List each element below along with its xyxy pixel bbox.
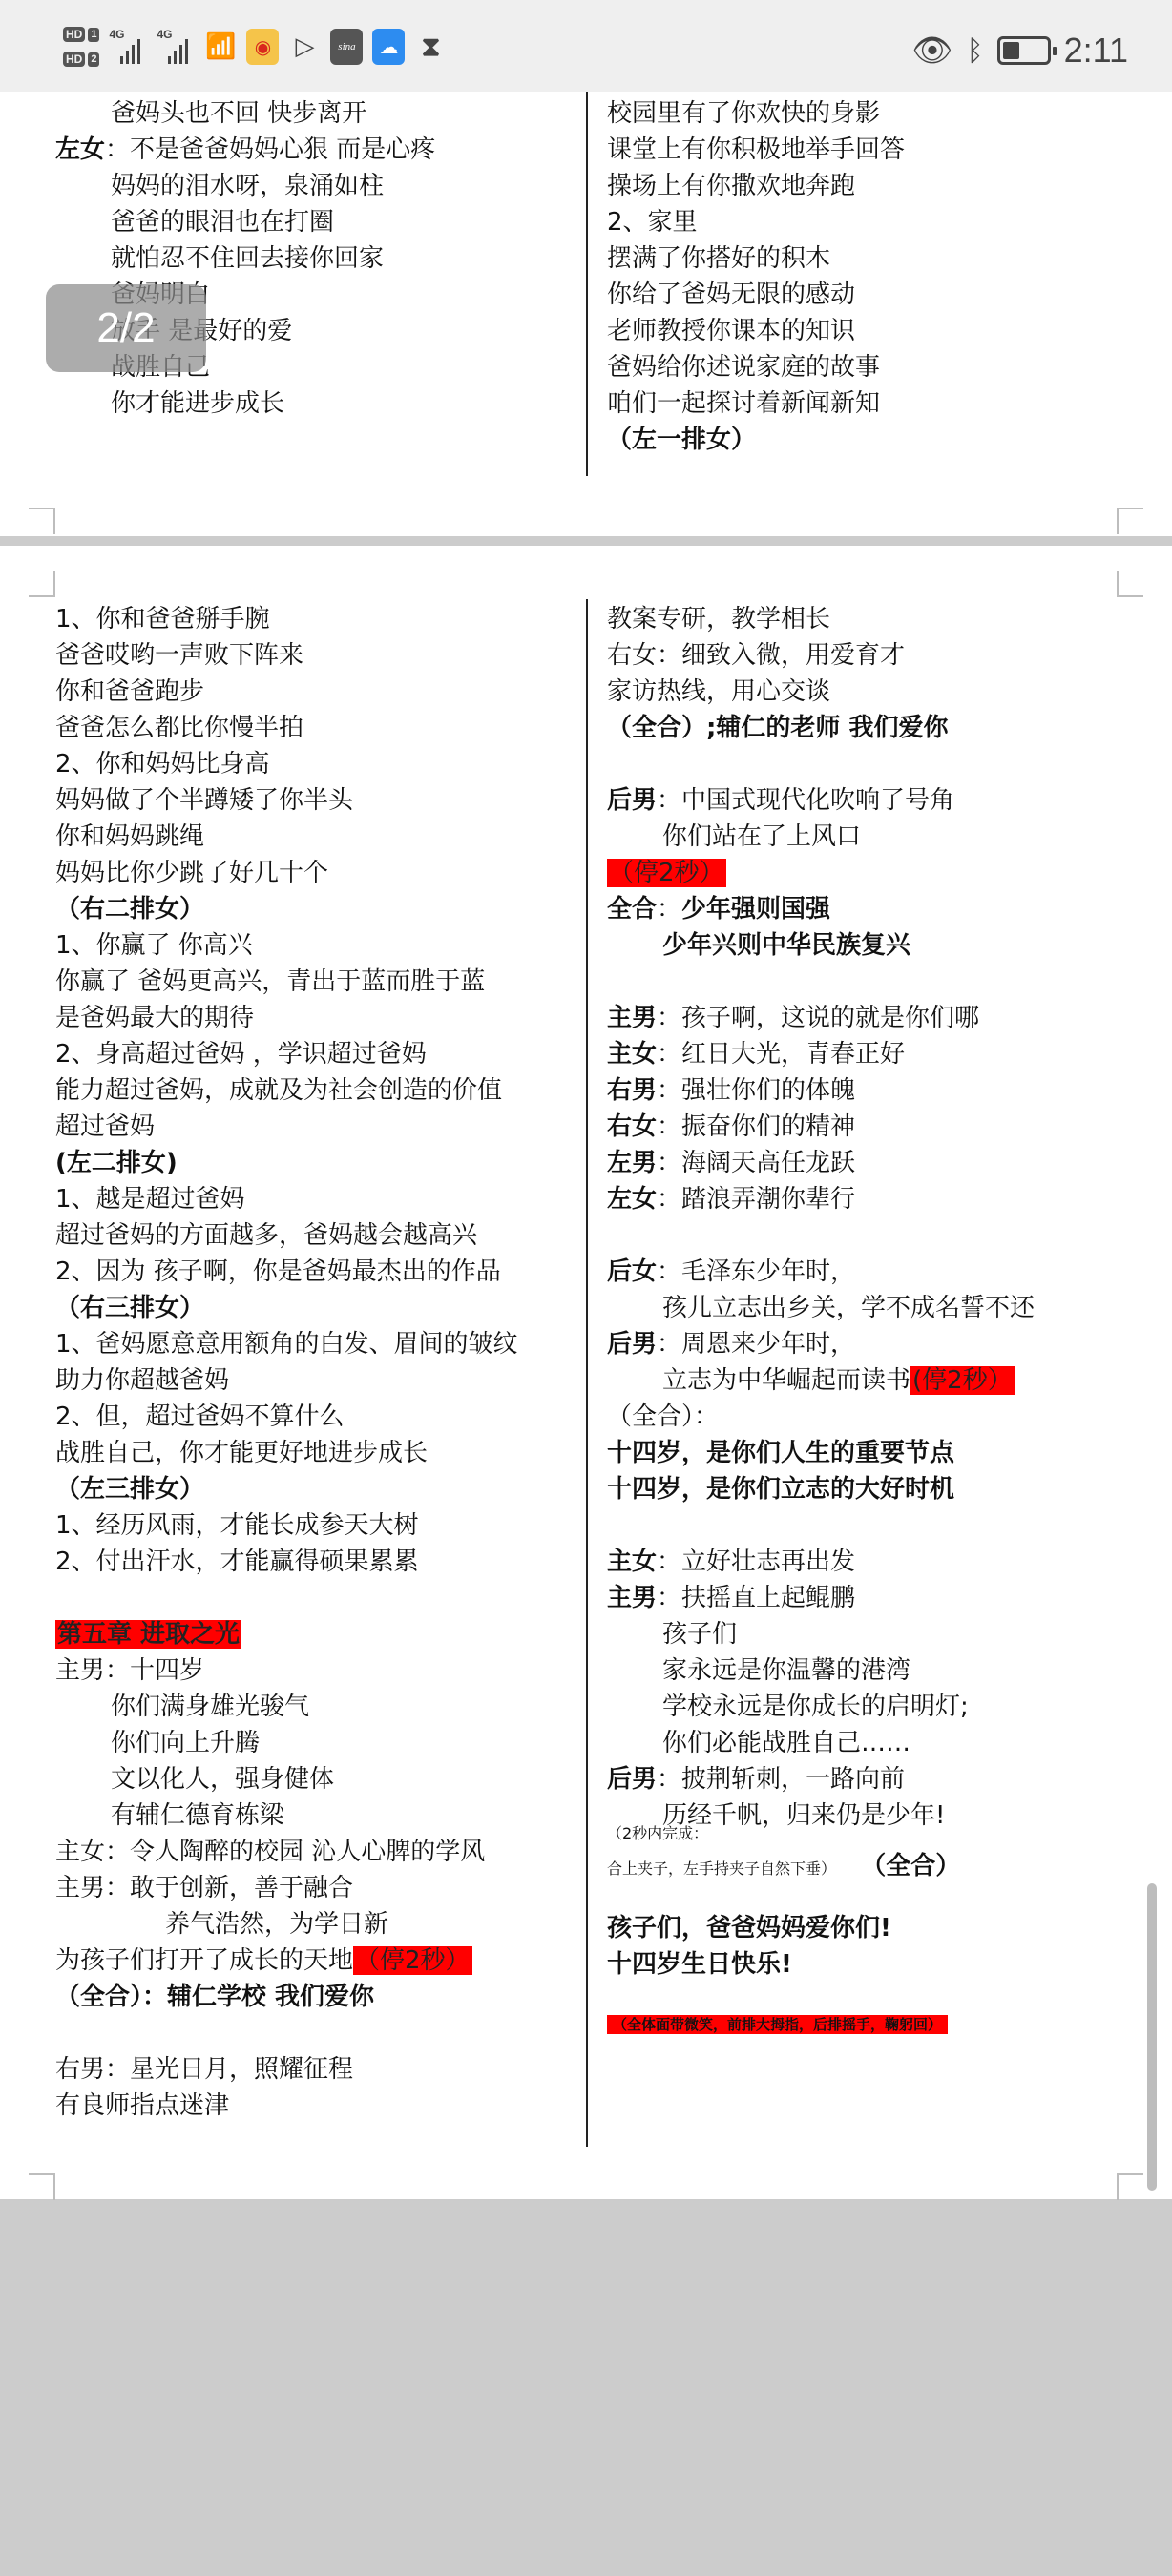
page-corner-mark <box>1117 2173 1143 2200</box>
line-text: 你们向上升腾 <box>111 1729 260 1757</box>
sim-indicators: HD 1 HD 2 <box>63 27 99 67</box>
script-line: 1、你赢了 你高兴 <box>55 927 518 964</box>
line-text: 超过爸妈 <box>55 1112 155 1141</box>
line-text: 十四岁，是你们人生的重要节点 <box>607 1439 954 1467</box>
right-column: 教案专研，教学相长右女：细致入微，用爱育才家访热线，用心交谈（全合）;辅仁的老师… <box>607 601 1035 1834</box>
chapter-heading: 第五章 进取之光 <box>55 1620 241 1649</box>
script-line: 妈妈的泪水呀，泉涌如柱 <box>55 168 435 204</box>
line-text: 咱们一起探讨着新闻新知 <box>607 389 880 418</box>
weibo-icon: ◉ <box>246 29 279 65</box>
eye-icon: 👁 <box>911 31 952 70</box>
script-line: 右男：强壮你们的体魄 <box>607 1072 1035 1109</box>
right-column: 校园里有了你欢快的身影课堂上有你积极地举手回答操场上有你撒欢地奔跑2、家里摆满了… <box>607 95 905 458</box>
script-line: 你和爸爸跑步 <box>55 674 518 710</box>
page-corner-mark <box>1117 508 1143 534</box>
script-line: 老师教授你课本的知识 <box>607 313 905 349</box>
script-line: 后女：毛泽东少年时， <box>607 1254 1035 1290</box>
script-line <box>607 964 1035 1000</box>
script-line: 爸爸哎哟一声败下阵来 <box>55 637 518 674</box>
script-line: 左女：不是爸爸妈妈心狠 而是心疼 <box>55 132 435 168</box>
line-text: 就怕忍不住回去接你回家 <box>111 244 384 273</box>
line-text: 课堂上有你积极地举手回答 <box>607 135 905 164</box>
line-text: 你赢了 爸妈更高兴，青出于蓝而胜于蓝 <box>55 967 485 996</box>
line-text: 文以化人，强身健体 <box>111 1765 334 1794</box>
line-text: 爸爸的眼泪也在打圈 <box>111 208 334 237</box>
battery-icon <box>997 36 1051 65</box>
line-text: 主男：敢于创新，善于融合 <box>55 1874 353 1902</box>
script-line: 有良师指点迷津 <box>55 2088 518 2124</box>
script-line: 主女：令人陶醉的校园 沁人心脾的学风 <box>55 1834 518 1870</box>
bluetooth-icon: ᛒ <box>967 34 984 68</box>
line-text: （右二排女） <box>55 895 204 924</box>
script-line: 左女：踏浪弄潮你辈行 <box>607 1181 1035 1217</box>
line-text: 毛泽东少年时， <box>681 1257 855 1286</box>
script-line: 你和妈妈跳绳 <box>55 819 518 855</box>
script-line: 爸妈头也不回 快步离开 <box>55 95 435 132</box>
stage-note-line-2: 合上夹子，左手持夹子自然下垂） （全合） <box>607 1847 960 1885</box>
line-text: 周恩来少年时， <box>681 1330 855 1359</box>
script-line: （左一排女） <box>607 422 905 458</box>
script-line: 战胜自己，你才能更好地进步成长 <box>55 1435 518 1471</box>
closing-line-1: 孩子们，爸爸妈妈爱你们! <box>607 1910 960 1946</box>
line-text: 你们站在了上风口 <box>662 822 861 851</box>
line-text: 你们满身雄光骏气 <box>111 1693 309 1721</box>
page-corner-mark <box>1117 571 1143 597</box>
script-line: 主男：十四岁 <box>55 1652 518 1689</box>
pause-cue: （停2秒） <box>353 1946 472 1975</box>
line-text: 1、越是超过爸妈 <box>55 1185 245 1214</box>
speaker-label: 右女 <box>607 1112 657 1141</box>
speaker-label: 后女 <box>607 1257 657 1286</box>
script-line: 全合：少年强则国强 <box>607 891 1035 927</box>
script-line <box>55 1580 518 1616</box>
sim2-indicator: HD 2 <box>63 52 99 67</box>
line-text: 爸爸怎么都比你慢半拍 <box>55 714 303 742</box>
line-text: 扶摇直上起鲲鹏 <box>681 1584 855 1612</box>
script-line: 养气浩然，为学日新 <box>55 1906 518 1942</box>
tv-icon: ▷ <box>288 29 321 65</box>
line-text: 超过爸妈的方面越多，爸妈越会越高兴 <box>55 1221 477 1250</box>
line-text: 有辅仁德育栋梁 <box>111 1801 284 1830</box>
line-text: 披荆斩刺，一路向前 <box>681 1765 905 1794</box>
page-corner-mark <box>29 508 55 534</box>
line-text: 爸爸哎哟一声败下阵来 <box>55 641 303 670</box>
line-text: 2、付出汗水，才能赢得硕果累累 <box>55 1548 419 1576</box>
line-text: 红日大光，青春正好 <box>681 1040 905 1069</box>
script-line: 就怕忍不住回去接你回家 <box>55 240 435 277</box>
line-text: 少年强则国强 <box>681 895 830 924</box>
script-line: 你们站在了上风口 <box>607 819 1035 855</box>
script-line <box>607 746 1035 782</box>
sina-icon: sina <box>330 29 363 65</box>
line-text: 2、因为 孩子啊，你是爸妈最杰出的作品 <box>55 1257 501 1286</box>
final-stage-cue: （全体面带微笑，前排大拇指，后排摇手，鞠躬回） <box>607 2015 948 2034</box>
line-text: 2、但，超过爸妈不算什么 <box>55 1402 345 1431</box>
script-line: 爸爸的眼泪也在打圈 <box>55 204 435 240</box>
sim1-indicator: HD 1 <box>63 27 99 42</box>
line-text: 1、经历风雨，才能长成参天大树 <box>55 1511 419 1540</box>
line-text: 你给了爸妈无限的感动 <box>607 280 855 309</box>
line-text: 有良师指点迷津 <box>55 2091 229 2120</box>
script-line: 学校永远是你成长的启明灯; <box>607 1689 1035 1725</box>
status-bar: HD 1 HD 2 4G 4G 📶 ◉ ▷ sina ☁ ⧗ 👁 ᛒ 2:11 <box>0 0 1172 92</box>
line-text: 学校永远是你成长的启明灯; <box>662 1693 969 1721</box>
page-indicator: 2/2 <box>46 284 206 372</box>
script-line: 家访热线，用心交谈 <box>607 674 1035 710</box>
script-line: 主女：立好壮志再出发 <box>607 1544 1035 1580</box>
script-line: 十四岁，是你们立志的大好时机 <box>607 1471 1035 1507</box>
line-text: 1、你赢了 你高兴 <box>55 931 253 960</box>
script-line: 2、家里 <box>607 204 905 240</box>
speaker-label: 左女 <box>55 135 105 164</box>
speaker-label: 主男 <box>607 1004 657 1032</box>
line-text: 踏浪弄潮你辈行 <box>681 1185 855 1214</box>
script-line: 1、你和爸爸掰手腕 <box>55 601 518 637</box>
line-text: 家永远是你温馨的港湾 <box>662 1656 910 1685</box>
line-text: 爸妈头也不回 快步离开 <box>111 99 366 128</box>
line-text: 2、家里 <box>607 208 698 237</box>
script-line: 主男：孩子啊，这说的就是你们哪 <box>607 1000 1035 1036</box>
line-text: 少年兴则中华民族复兴 <box>662 931 910 960</box>
script-line: 右女：振奋你们的精神 <box>607 1109 1035 1145</box>
script-line: 爸妈给你述说家庭的故事 <box>607 349 905 385</box>
script-line: 2、因为 孩子啊，你是爸妈最杰出的作品 <box>55 1254 518 1290</box>
script-line: （全合）： <box>607 1399 1035 1435</box>
script-line: 能力超过爸妈，成就及为社会创造的价值 <box>55 1072 518 1109</box>
line-text: 妈妈做了个半蹲矮了你半头 <box>55 786 353 815</box>
line-text: 家访热线，用心交谈 <box>607 677 830 706</box>
script-line: 2、身高超过爸妈 ，学识超过爸妈 <box>55 1036 518 1072</box>
script-line <box>607 1507 1035 1544</box>
line-text: 孩儿立志出乡关，学不成名誓不还 <box>662 1294 1035 1322</box>
signal-1-icon: 4G <box>109 28 147 66</box>
scrollbar[interactable] <box>1147 1883 1157 2191</box>
script-line: 课堂上有你积极地举手回答 <box>607 132 905 168</box>
script-line: (左二排女) <box>55 1145 518 1181</box>
script-line: （右三排女） <box>55 1290 518 1326</box>
line-text: （右三排女） <box>55 1294 204 1322</box>
script-line <box>607 1217 1035 1254</box>
line-text: 操场上有你撒欢地奔跑 <box>607 172 855 200</box>
script-line: 主女：红日大光，青春正好 <box>607 1036 1035 1072</box>
line-text: 不是爸爸妈妈心狠 而是心疼 <box>130 135 435 164</box>
wifi-icon: 📶 <box>204 29 237 65</box>
line-text: 右女：细致入微，用爱育才 <box>607 641 905 670</box>
line-text: （全合）;辅仁的老师 我们爱你 <box>607 714 948 742</box>
script-line <box>55 2015 518 2051</box>
script-line: 十四岁，是你们人生的重要节点 <box>607 1435 1035 1471</box>
script-line: 是爸妈最大的期待 <box>55 1000 518 1036</box>
line-text: 能力超过爸妈，成就及为社会创造的价值 <box>55 1076 502 1105</box>
speaker-label: 全合 <box>607 895 657 924</box>
line-text: 立好壮志再出发 <box>681 1548 855 1576</box>
line-text: （左三排女） <box>55 1475 204 1504</box>
speaker-label: 后男 <box>607 1765 657 1794</box>
heart-app-icon: ⧗ <box>414 29 447 65</box>
line-text: 振奋你们的精神 <box>681 1112 855 1141</box>
line-text: 是爸妈最大的期待 <box>55 1004 254 1032</box>
script-line: 后男：披荆斩刺，一路向前 <box>607 1761 1035 1797</box>
left-column: 爸妈头也不回 快步离开左女：不是爸爸妈妈心狠 而是心疼妈妈的泪水呀，泉涌如柱爸爸… <box>55 95 435 422</box>
line-text: 战胜自己，你才能更好地进步成长 <box>55 1439 428 1467</box>
script-line: 咱们一起探讨着新闻新知 <box>607 385 905 422</box>
script-line: 少年兴则中华民族复兴 <box>607 927 1035 964</box>
speaker-label: 主女 <box>607 1548 657 1576</box>
line-text: 强壮你们的体魄 <box>681 1076 855 1105</box>
line-text: 2、身高超过爸妈 ，学识超过爸妈 <box>55 1040 427 1069</box>
script-line: 右女：细致入微，用爱育才 <box>607 637 1035 674</box>
line-text: (左二排女) <box>55 1149 178 1177</box>
script-line: 右男：星光日月，照耀征程 <box>55 2051 518 2088</box>
speaker-label: 左男 <box>607 1149 657 1177</box>
script-line: 主男：扶摇直上起鲲鹏 <box>607 1580 1035 1616</box>
clock: 2:11 <box>1064 31 1128 71</box>
line-text: 你和爸爸跑步 <box>55 677 204 706</box>
script-line: （左三排女） <box>55 1471 518 1507</box>
line-text: 1、爸妈愿意意用额角的白发、眉间的皱纹 <box>55 1330 518 1359</box>
script-line: 2、付出汗水，才能赢得硕果累累 <box>55 1544 518 1580</box>
line-text: 妈妈比你少跳了好几十个 <box>55 859 328 887</box>
status-right: 👁 ᛒ 2:11 <box>911 31 1128 71</box>
script-line: 助力你超越爸妈 <box>55 1362 518 1399</box>
line-text: 1、你和爸爸掰手腕 <box>55 605 270 634</box>
script-line: 孩子们 <box>607 1616 1035 1652</box>
script-line: 摆满了你搭好的积木 <box>607 240 905 277</box>
speaker-label: 主女 <box>607 1040 657 1069</box>
script-line: 你们必能战胜自己…… <box>607 1725 1035 1761</box>
line-text: 孩子们 <box>662 1620 737 1649</box>
line-text: 为孩子们打开了成长的天地 <box>55 1946 353 1975</box>
script-line: 超过爸妈的方面越多，爸妈越会越高兴 <box>55 1217 518 1254</box>
line-text: 你才能进步成长 <box>111 389 284 418</box>
script-line: 操场上有你撒欢地奔跑 <box>607 168 905 204</box>
script-line: （全合）：辅仁学校 我们爱你 <box>55 1979 518 2015</box>
script-line: 校园里有了你欢快的身影 <box>607 95 905 132</box>
line-text: 十四岁，是你们立志的大好时机 <box>607 1475 954 1504</box>
speaker-label: 右男 <box>607 1076 657 1105</box>
line-text: 老师教授你课本的知识 <box>607 317 855 345</box>
script-line: 1、经历风雨，才能长成参天大树 <box>55 1507 518 1544</box>
document-page-2: 1、你和爸爸掰手腕爸爸哎哟一声败下阵来你和爸爸跑步爸爸怎么都比你慢半拍2、你和妈… <box>0 546 1172 2199</box>
script-line: 你给了爸妈无限的感动 <box>607 277 905 313</box>
line-text: 中国式现代化吹响了号角 <box>681 786 954 815</box>
line-text: 妈妈的泪水呀，泉涌如柱 <box>111 172 384 200</box>
script-line: 2、但，超过爸妈不算什么 <box>55 1399 518 1435</box>
script-line: 妈妈比你少跳了好几十个 <box>55 855 518 891</box>
script-line: 你赢了 爸妈更高兴，青出于蓝而胜于蓝 <box>55 964 518 1000</box>
script-line: 第五章 进取之光 <box>55 1616 518 1652</box>
line-text: 养气浩然，为学日新 <box>165 1910 388 1939</box>
script-line: 妈妈做了个半蹲矮了你半头 <box>55 782 518 819</box>
script-line: 后男：中国式现代化吹响了号角 <box>607 782 1035 819</box>
script-line: 孩儿立志出乡关，学不成名誓不还 <box>607 1290 1035 1326</box>
stage-note-line-1: （2秒内完成： <box>607 1820 960 1847</box>
line-text: 2、你和妈妈比身高 <box>55 750 270 779</box>
script-line: 立志为中华崛起而读书(停2秒） <box>607 1362 1035 1399</box>
script-line: 教案专研，教学相长 <box>607 601 1035 637</box>
script-line: 家永远是你温馨的港湾 <box>607 1652 1035 1689</box>
line-text: 右男：星光日月，照耀征程 <box>55 2055 353 2084</box>
status-left: HD 1 HD 2 4G 4G 📶 ◉ ▷ sina ☁ ⧗ <box>63 27 447 67</box>
line-text: （全合）：辅仁学校 我们爱你 <box>55 1983 374 2011</box>
cloud-icon: ☁ <box>372 29 405 65</box>
line-text: （左一排女） <box>607 426 756 454</box>
script-line: 为孩子们打开了成长的天地（停2秒） <box>55 1942 518 1979</box>
line-text: 摆满了你搭好的积木 <box>607 244 830 273</box>
page-corner-mark <box>29 2173 55 2200</box>
line-text: 教案专研，教学相长 <box>607 605 830 634</box>
script-line: （右二排女） <box>55 891 518 927</box>
speaker-label: 后男 <box>607 1330 657 1359</box>
signal-2-icon: 4G <box>157 28 195 66</box>
line-text: 孩子啊，这说的就是你们哪 <box>681 1004 979 1032</box>
page-corner-mark <box>29 571 55 597</box>
script-line: （全合）;辅仁的老师 我们爱你 <box>607 710 1035 746</box>
speaker-label: 后男 <box>607 786 657 815</box>
script-line: 超过爸妈 <box>55 1109 518 1145</box>
line-text: 你们必能战胜自己…… <box>662 1729 910 1757</box>
script-line: 文以化人，强身健体 <box>55 1761 518 1797</box>
line-text: 爸妈给你述说家庭的故事 <box>607 353 880 382</box>
script-line: 2、你和妈妈比身高 <box>55 746 518 782</box>
line-text: 主男：十四岁 <box>55 1656 204 1685</box>
script-line: 爸爸怎么都比你慢半拍 <box>55 710 518 746</box>
line-text: 校园里有了你欢快的身影 <box>607 99 880 128</box>
line-text: 主女：令人陶醉的校园 沁人心脾的学风 <box>55 1838 485 1866</box>
script-line: 1、爸妈愿意意用额角的白发、眉间的皱纹 <box>55 1326 518 1362</box>
script-line: 你们满身雄光骏气 <box>55 1689 518 1725</box>
script-line: 1、越是超过爸妈 <box>55 1181 518 1217</box>
pause-cue: （停2秒） <box>607 859 726 887</box>
script-line: 你才能进步成长 <box>55 385 435 422</box>
line-text: 你和妈妈跳绳 <box>55 822 204 851</box>
script-line: （停2秒） <box>607 855 1035 891</box>
script-line: 你们向上升腾 <box>55 1725 518 1761</box>
left-column: 1、你和爸爸掰手腕爸爸哎哟一声败下阵来你和爸爸跑步爸爸怎么都比你慢半拍2、你和妈… <box>55 601 518 2124</box>
speaker-label: 主男 <box>607 1584 657 1612</box>
line-text: （全合）： <box>607 1402 719 1431</box>
speaker-label: 左女 <box>607 1185 657 1214</box>
column-divider <box>586 599 588 2147</box>
script-line: 有辅仁德育栋梁 <box>55 1797 518 1834</box>
right-column-tail: （2秒内完成： 合上夹子，左手持夹子自然下垂） （全合） 孩子们，爸爸妈妈爱你们… <box>607 1820 960 2032</box>
column-divider <box>586 92 588 476</box>
script-line: 后男：周恩来少年时， <box>607 1326 1035 1362</box>
script-line: 主男：敢于创新，善于融合 <box>55 1870 518 1906</box>
closing-line-2: 十四岁生日快乐! <box>607 1946 960 1983</box>
line-text: 立志为中华崛起而读书 <box>662 1366 910 1395</box>
script-line: 左男：海阔天高任龙跃 <box>607 1145 1035 1181</box>
line-text: 海阔天高任龙跃 <box>681 1149 855 1177</box>
line-text: 助力你超越爸妈 <box>55 1366 229 1395</box>
pause-cue: (停2秒） <box>910 1366 1015 1395</box>
